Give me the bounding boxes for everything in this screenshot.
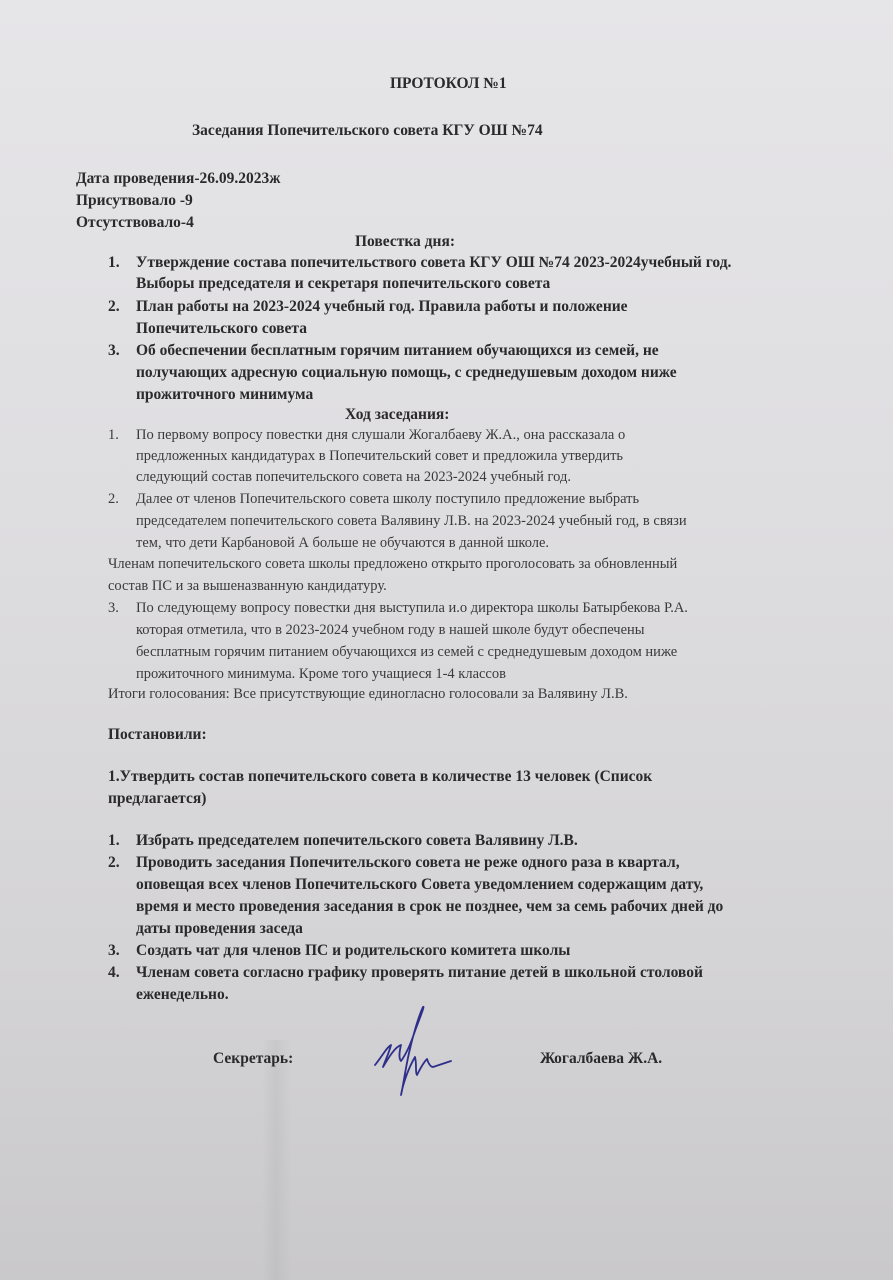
proceedings-item-2: 2.Далее от членов Попечительского совета… <box>108 491 639 508</box>
agenda-item-1: 1.Утверждение состава попечительствого с… <box>108 254 731 272</box>
agenda-item-2: 2.План работы на 2023-2024 учебный год. … <box>108 298 628 316</box>
absent-count: Отсутствовало-4 <box>76 214 194 232</box>
vote-result: Итоги голосования: Все присутствующие ед… <box>108 686 628 703</box>
proceedings-item-1-cont-1: предложенных кандидатурах в Попечительск… <box>136 448 623 465</box>
resolution-item-2-cont-2: время и место проведения заседания в сро… <box>136 898 723 916</box>
proceedings-heading: Ход заседания: <box>345 406 449 424</box>
agenda-item-3-cont-1: получающих адресную социальную помощь, с… <box>136 364 677 382</box>
agenda-item-3: 3.Об обеспечении бесплатным горячим пита… <box>108 342 659 360</box>
proceedings-item-3: 3.По следующему вопросу повестки дня выс… <box>108 600 688 617</box>
proceedings-item-3-cont-2: бесплатным горячим питанием обучающихся … <box>136 644 677 661</box>
resolution-item-3: 3.Создать чат для членов ПС и родительск… <box>108 942 570 960</box>
resolution-first-line-2: предлагается) <box>108 790 206 808</box>
vote-note-line-2: состав ПС и за вышеназванную кандидатуру… <box>108 578 387 595</box>
resolution-item-2-cont-1: оповещая всех членов Попечительского Сов… <box>136 876 703 894</box>
handwritten-signature <box>355 995 465 1105</box>
scanned-document-page: ПРОТОКОЛ №1 Заседания Попечительского со… <box>0 0 893 1280</box>
resolution-item-2-cont-3: даты проведения заседа <box>136 920 303 938</box>
agenda-item-1-cont: Выборы председателя и секретаря попечите… <box>136 275 550 293</box>
document-title: ПРОТОКОЛ №1 <box>390 75 507 93</box>
proceedings-item-2-cont-1: председателем попечительского совета Вал… <box>136 513 687 530</box>
resolution-item-4-cont: еженедельно. <box>136 986 229 1004</box>
agenda-heading: Повестка дня: <box>355 233 455 251</box>
paper-crease <box>262 1040 292 1280</box>
agenda-item-2-cont: Попечительского совета <box>136 320 307 338</box>
proceedings-item-1-cont-2: следующий состав попечительского совета … <box>136 469 571 486</box>
resolution-first-line-1: 1.Утвердить состав попечительского совет… <box>108 768 652 786</box>
document-subtitle: Заседания Попечительского совета КГУ ОШ … <box>192 122 543 140</box>
agenda-item-3-cont-2: прожиточного минимума <box>136 386 313 404</box>
resolution-item-4: 4.Членам совета согласно графику проверя… <box>108 964 703 982</box>
meeting-date: Дата проведения-26.09.2023ж <box>76 170 281 188</box>
proceedings-item-2-cont-2: тем, что дети Карбановой А больше не обу… <box>136 535 549 552</box>
resolutions-heading: Постановили: <box>108 726 207 744</box>
secretary-name: Жогалбаева Ж.А. <box>540 1050 662 1068</box>
present-count: Присутвовало -9 <box>76 192 193 210</box>
resolution-item-2: 2.Проводить заседания Попечительского со… <box>108 854 680 872</box>
proceedings-item-3-cont-3: прожиточного минимума. Кроме того учащие… <box>136 666 506 683</box>
proceedings-item-3-cont-1: которая отметила, что в 2023-2024 учебно… <box>136 622 645 639</box>
signature-role: Секретарь: <box>213 1050 293 1068</box>
vote-note-line-1: Членам попечительского совета школы пред… <box>108 556 677 573</box>
proceedings-item-1: 1.По первому вопросу повестки дня слушал… <box>108 427 625 444</box>
resolution-item-1: 1.Избрать председателем попечительского … <box>108 832 578 850</box>
